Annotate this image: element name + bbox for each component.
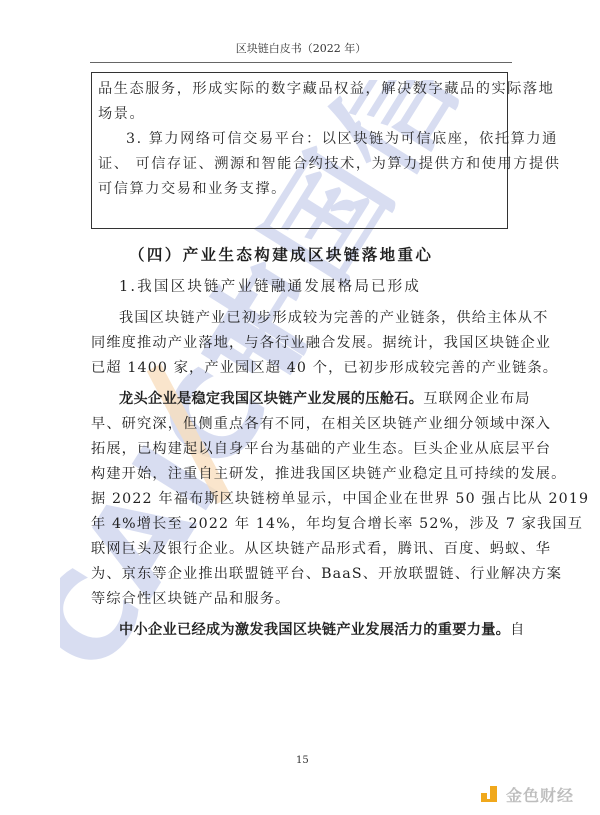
paragraph-line: 年 4%增长至 2022 年 14%，年均复合增长率 52%，涉及 7 家我国互: [91, 512, 511, 537]
paragraph-line: 中小企业已经成为激发我国区块链产业发展活力的重要力量。自: [91, 618, 511, 643]
paragraph-industry-chain: 我国区块链产业已初步形成较为完善的产业链条，供给主体从不 同维度推动产业落地，与…: [91, 306, 511, 381]
box-line: 3. 算力网络可信交易平台：以区块链为可信底座，依托算力通: [98, 127, 501, 152]
box-line: 品生态服务，形成实际的数字藏品权益，解决数字藏品的实际落地: [98, 77, 501, 102]
paragraph-line: 联网巨头及银行企业。从区块链产品形式看，腾讯、百度、蚂蚁、华: [91, 537, 511, 562]
paragraph-line: 构建开始，注重自主研发，推进我国区块链产业稳定且可持续的发展。: [91, 462, 511, 487]
jinse-brand-watermark: 金色财经: [480, 782, 574, 806]
paragraph-line: 为、京东等企业推出联盟链平台、BaaS、开放联盟链、行业解决方案: [91, 562, 511, 587]
paragraph-text: 自: [510, 622, 525, 638]
document-page: CAICT 中国信通院 区块链白皮书（2022 年） 品生态服务，形成实际的数字…: [0, 0, 600, 815]
paragraph-text: 互联网企业布局: [423, 391, 530, 407]
paragraph-line: 据 2022 年福布斯区块链榜单显示，中国企业在世界 50 强占比从 2019: [91, 487, 511, 512]
paragraph-line: 等综合性区块链产品和服务。: [91, 587, 511, 612]
jinse-logo-icon: [480, 784, 500, 804]
paragraph-line: 拓展，已构建起以自身平台为基础的产业生态。巨头企业从底层平台: [91, 437, 511, 462]
paragraph-sme: 中小企业已经成为激发我国区块链产业发展活力的重要力量。自: [91, 618, 511, 643]
paragraph-line: 我国区块链产业已初步形成较为完善的产业链条，供给主体从不: [91, 306, 511, 331]
bordered-text-box: 品生态服务，形成实际的数字藏品权益，解决数字藏品的实际落地 场景。 3. 算力网…: [91, 72, 508, 229]
main-content: （四）产业生态构建成区块链落地重心 1.我国区块链产业链融通发展格局已形成 我国…: [91, 240, 511, 643]
box-line: 场景。: [98, 102, 501, 127]
header-divider: [90, 62, 512, 63]
paragraph-line: 同维度推动产业落地，与各行业融合发展。据统计，我国区块链企业: [91, 331, 511, 356]
section-heading: （四）产业生态构建成区块链落地重心: [91, 244, 511, 266]
paragraph-line: 龙头企业是稳定我国区块链产业发展的压舱石。互联网企业布局: [91, 387, 511, 412]
box-line: 证、 可信存证、溯源和智能合约技术，为算力提供方和使用方提供: [98, 152, 501, 177]
running-header: 区块链白皮书（2022 年）: [90, 40, 512, 56]
paragraph-line: 早、研究深，但侧重点各有不同，在相关区块链产业细分领域中深入: [91, 412, 511, 437]
brand-name: 金色财经: [506, 783, 574, 806]
paragraph-leading-enterprises: 龙头企业是稳定我国区块链产业发展的压舱石。互联网企业布局 早、研究深，但侧重点各…: [91, 387, 511, 612]
subsection-heading: 1.我国区块链产业链融通发展格局已形成: [91, 276, 511, 298]
paragraph-line: 已超 1400 家，产业园区超 40 个，已初步形成较完善的产业链条。: [91, 356, 511, 381]
box-line: 可信算力交易和业务支撑。: [98, 177, 501, 202]
bold-lead-sentence: 龙头企业是稳定我国区块链产业发展的压舱石。: [119, 391, 423, 407]
page-number: 15: [296, 755, 309, 766]
bold-lead-sentence: 中小企业已经成为激发我国区块链产业发展活力的重要力量。: [119, 622, 510, 638]
